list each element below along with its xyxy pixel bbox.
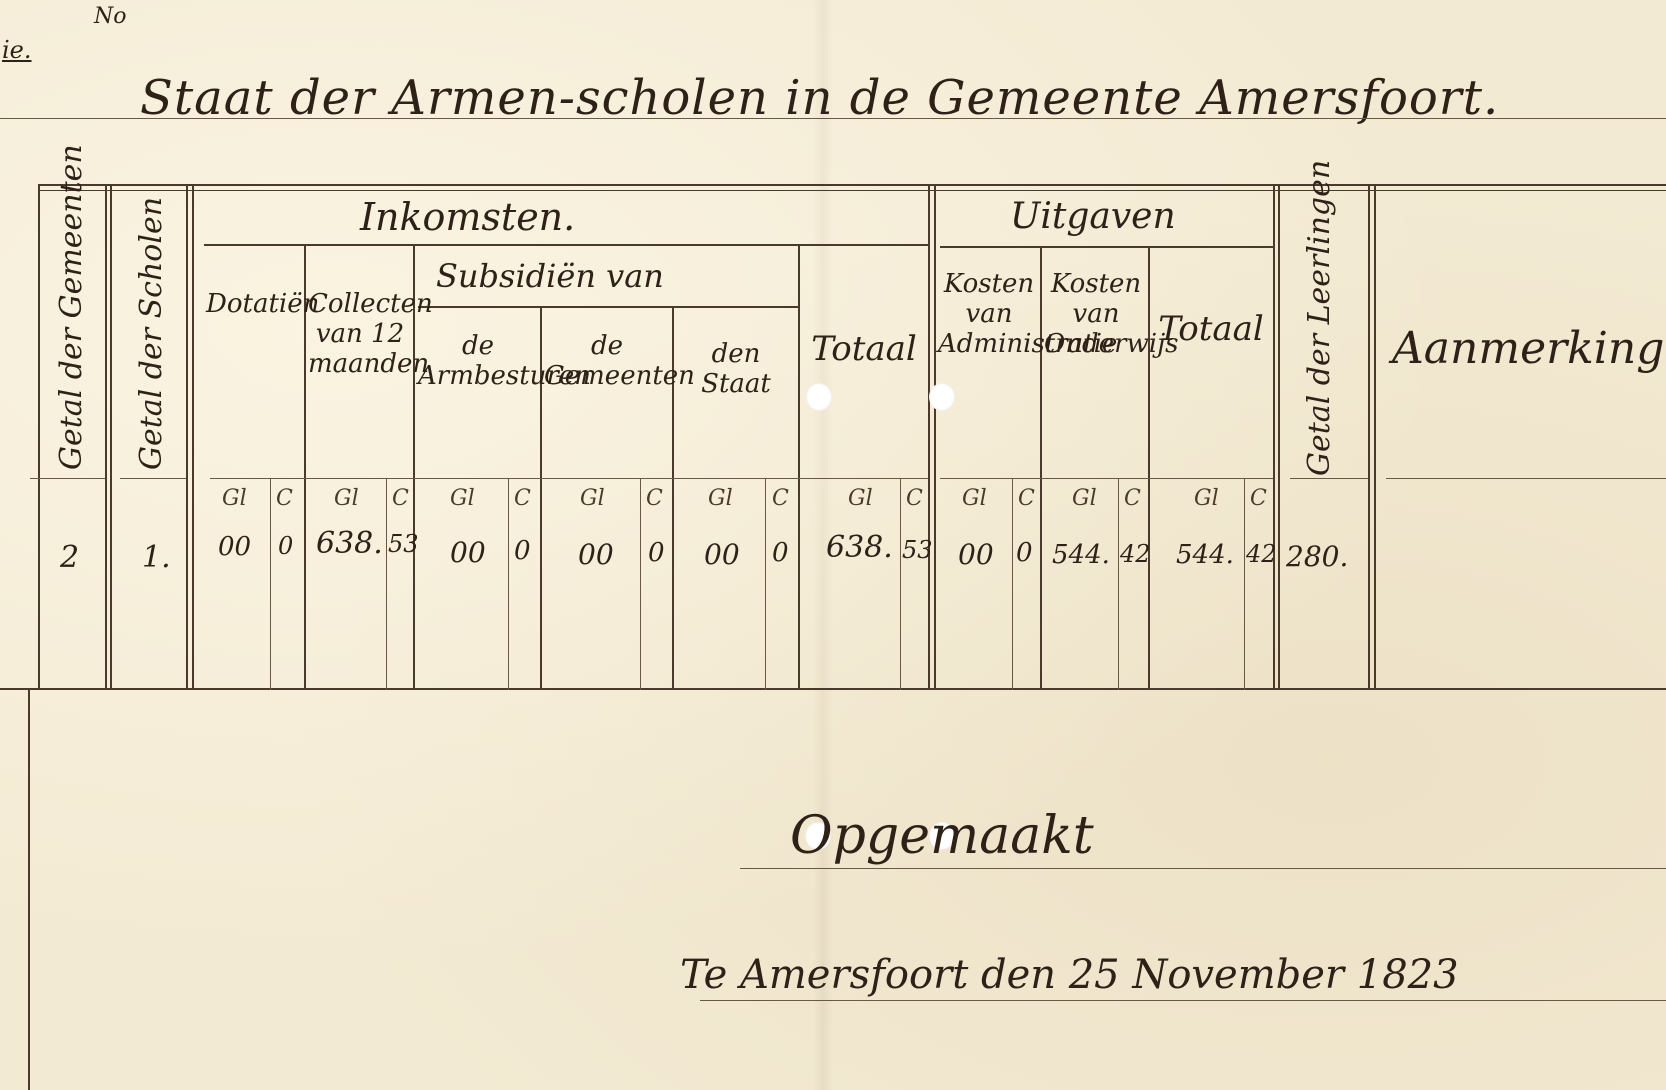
- signature-label: Opgemaakt: [790, 806, 1094, 866]
- unit-c: C: [772, 486, 789, 511]
- cell-leerlingen: 280.: [1286, 540, 1348, 573]
- unit-c: C: [514, 486, 531, 511]
- punch-hole: [929, 383, 955, 411]
- unit-c: C: [1124, 486, 1141, 511]
- unit-gl: Gl: [334, 486, 359, 511]
- cell-totaal-ink-gl: 638.: [826, 530, 893, 565]
- cell-staat-c: 0: [772, 538, 789, 568]
- header-getal-gemeenten: Getal der Gemeenten: [54, 144, 89, 470]
- unit-c: C: [646, 486, 663, 511]
- header-gemeenten-sub: de Gemeenten: [544, 332, 670, 392]
- unit-gl: Gl: [708, 486, 733, 511]
- header-aanmerkingen: Aanmerkingen: [1392, 324, 1666, 375]
- header-kosten-onderwijs: Kosten van Onderwijs: [1044, 270, 1148, 360]
- cell-armbesturen-gl: 00: [450, 536, 486, 569]
- punch-hole: [806, 383, 832, 411]
- cell-admin-gl: 00: [958, 538, 994, 571]
- margin-fragment: ie.: [2, 36, 32, 64]
- cell-gemeenten: 2: [60, 540, 79, 575]
- cell-onderwijs-gl: 544.: [1052, 540, 1110, 570]
- unit-gl: Gl: [962, 486, 987, 511]
- cell-scholen: 1.: [142, 540, 171, 575]
- header-totaal-inkomsten: Totaal: [800, 330, 928, 369]
- unit-c: C: [1250, 486, 1267, 511]
- cell-collecten-gl: 638.: [316, 526, 383, 561]
- cell-onderwijs-c: 42: [1120, 540, 1151, 568]
- cell-dotatien-c: 0: [278, 532, 293, 560]
- cell-collecten-c: 53: [388, 530, 419, 558]
- cell-totaal-uit-c: 42: [1246, 540, 1277, 568]
- unit-gl: Gl: [1072, 486, 1097, 511]
- date-line: Te Amersfoort den 25 November 1823: [680, 952, 1459, 998]
- cell-staat-gl: 00: [704, 538, 740, 571]
- date-rule: [700, 1000, 1666, 1001]
- cell-totaal-ink-c: 53: [902, 536, 933, 564]
- signature-rule: [740, 868, 1666, 869]
- header-collecten: Collecten van 12 maanden: [308, 290, 412, 380]
- cell-totaal-uit-gl: 544.: [1176, 540, 1234, 570]
- cell-gemeenten-gl: 00: [578, 538, 614, 571]
- number-label: No: [94, 4, 127, 29]
- unit-c: C: [1018, 486, 1035, 511]
- cell-dotatien-gl: 00: [218, 532, 251, 562]
- header-uitgaven: Uitgaven: [1010, 196, 1176, 237]
- header-dotatien: Dotatiën: [206, 290, 302, 320]
- header-getal-leerlingen: Getal der Leerlingen: [1302, 160, 1337, 476]
- unit-c: C: [392, 486, 409, 511]
- header-totaal-uitgaven: Totaal: [1150, 310, 1272, 349]
- unit-c: C: [276, 486, 293, 511]
- cell-armbesturen-c: 0: [514, 536, 531, 566]
- unit-c: C: [906, 486, 923, 511]
- unit-gl: Gl: [450, 486, 475, 511]
- unit-gl: Gl: [1194, 486, 1219, 511]
- title-rule: [0, 118, 1666, 119]
- header-staat: den Staat: [676, 340, 796, 400]
- header-armbesturen: de Armbesturen: [418, 332, 538, 392]
- header-kosten-administratie: Kosten van Administratie: [938, 270, 1040, 360]
- unit-gl: Gl: [222, 486, 247, 511]
- header-getal-scholen: Getal der Scholen: [134, 197, 169, 470]
- cell-gemeenten-c: 0: [648, 538, 665, 568]
- header-subsidien: Subsidiën van: [436, 258, 664, 295]
- unit-gl: Gl: [580, 486, 605, 511]
- cell-admin-c: 0: [1016, 538, 1033, 568]
- unit-gl: Gl: [848, 486, 873, 511]
- header-inkomsten: Inkomsten.: [360, 196, 575, 240]
